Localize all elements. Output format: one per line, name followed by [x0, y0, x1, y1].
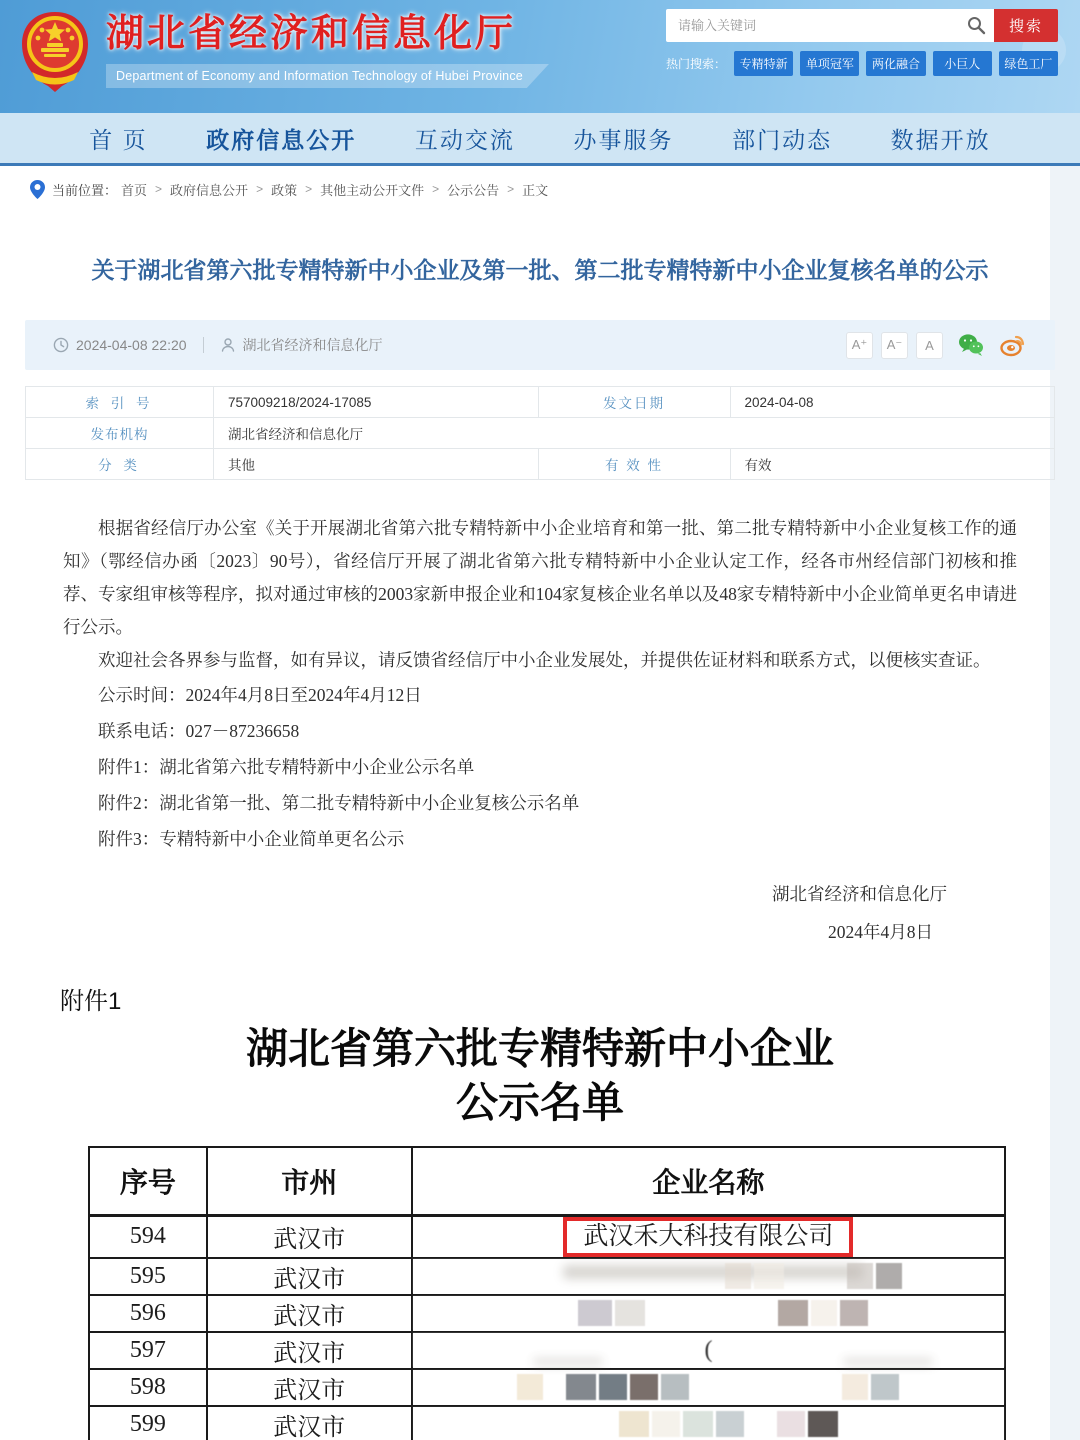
nav-item-home[interactable]: 首 页: [89, 122, 147, 155]
cell-company-censored: [412, 1406, 1005, 1440]
article-meta-bar: 2024-04-08 22:20 湖北省经济和信息化厅 A⁺ A⁻ A: [25, 320, 1055, 370]
attachment-3-link[interactable]: 附件3：专精特新中小企业简单更名公示: [63, 821, 1017, 857]
attachment-1-link[interactable]: 附件1：湖北省第六批专精特新中小企业公示名单: [63, 749, 1017, 785]
cell-serial: 595: [89, 1258, 207, 1295]
company-roster-table: 序号 市州 企业名称 594 武汉市 武汉禾大科技有限公司 595 武汉市: [88, 1146, 1006, 1440]
censored-mosaic: [413, 1296, 1004, 1330]
attachment-title-line2: 公示名单: [60, 1076, 1020, 1130]
article: 关于湖北省第六批专精特新中小企业及第一批、第二批专精特新中小企业复核名单的公示 …: [0, 254, 1080, 951]
weibo-share-icon[interactable]: [999, 331, 1027, 359]
table-row: 599 武汉市: [89, 1406, 1005, 1440]
title-block: 湖北省经济和信息化厅 Department of Economy and Inf…: [106, 8, 549, 88]
crumb-announcements[interactable]: 公示公告: [447, 180, 499, 199]
contact-phone-line: 联系电话：027－87236658: [63, 713, 1017, 749]
crumb-separator: >: [507, 182, 514, 196]
search-input[interactable]: [666, 9, 994, 42]
visible-fragment: (: [704, 1337, 712, 1364]
hot-tag-zhuanjingtexin[interactable]: 专精特新: [734, 51, 793, 76]
nav-item-gov-info[interactable]: 政府信息公开: [206, 122, 356, 155]
publicity-period-line: 公示时间：2024年4月8日至2024年4月12日: [63, 677, 1017, 713]
red-highlight-box: 武汉禾大科技有限公司: [563, 1217, 853, 1257]
publish-datetime: 2024-04-08 22:20: [76, 337, 187, 353]
font-reset-button[interactable]: A: [916, 332, 943, 359]
cell-company-highlighted: 武汉禾大科技有限公司: [412, 1215, 1005, 1258]
validity-value: 有效: [730, 449, 1055, 480]
search-icon[interactable]: [966, 15, 986, 35]
hot-tag-danxiangguanjun[interactable]: 单项冠军: [800, 51, 859, 76]
document-body: 根据省经信厅办公室《关于开展湖北省第六批专精特新中小企业培育和第一批、第二批专精…: [25, 512, 1055, 951]
clock-icon: [53, 337, 69, 353]
cell-city: 武汉市: [207, 1258, 412, 1295]
site-header: 湖北省经济和信息化厅 Department of Economy and Inf…: [0, 0, 1080, 113]
crumb-current-article: 正文: [522, 180, 548, 199]
index-value: 757009218/2024-17085: [214, 387, 539, 418]
censored-mosaic: (: [413, 1333, 1004, 1367]
breadcrumb-label: 当前位置：: [52, 180, 117, 199]
table-row: 594 武汉市 武汉禾大科技有限公司: [89, 1215, 1005, 1258]
crumb-separator: >: [155, 182, 162, 196]
meta-divider: [203, 337, 204, 353]
table-row: 596 武汉市: [89, 1295, 1005, 1332]
table-row: 598 武汉市: [89, 1369, 1005, 1406]
header-serial: 序号: [89, 1147, 207, 1215]
header-company: 企业名称: [412, 1147, 1005, 1215]
hot-search-row: 热门搜索： 专精特新 单项冠军 两化融合 小巨人 绿色工厂: [666, 51, 1058, 76]
validity-label: 有 效 性: [538, 449, 730, 480]
crumb-other-open-docs[interactable]: 其他主动公开文件: [320, 180, 424, 199]
cell-company-censored: [412, 1258, 1005, 1295]
info-row-category: 分 类 其他 有 效 性 有效: [26, 449, 1055, 480]
table-row: 595 武汉市: [89, 1258, 1005, 1295]
cell-serial: 598: [89, 1369, 207, 1406]
cell-city: 武汉市: [207, 1332, 412, 1369]
font-decrease-button[interactable]: A⁻: [881, 332, 908, 359]
national-emblem-icon: [18, 10, 92, 94]
info-row-org: 发布机构 湖北省经济和信息化厅: [26, 418, 1055, 449]
crumb-policy[interactable]: 政策: [271, 180, 297, 199]
hot-tag-lvsegongchang[interactable]: 绿色工厂: [999, 51, 1058, 76]
crumb-separator: >: [256, 182, 263, 196]
logo-row: 湖北省经济和信息化厅 Department of Economy and Inf…: [18, 8, 549, 94]
attachment-title-line1: 湖北省第六批专精特新中小企业: [60, 1022, 1020, 1076]
signature-date: 2024年4月8日: [63, 913, 947, 951]
censored-mosaic: [413, 1407, 1004, 1440]
cell-company-censored: [412, 1369, 1005, 1406]
issue-date-value: 2024-04-08: [730, 387, 1055, 418]
attachment-1-section: 附件1 湖北省第六批专精特新中小企业 公示名单 序号 市州 企业名称 594 武…: [0, 981, 1080, 1440]
search-area: 搜索 热门搜索： 专精特新 单项冠军 两化融合 小巨人 绿色工厂: [666, 9, 1058, 76]
roster-header-row: 序号 市州 企业名称: [89, 1147, 1005, 1215]
breadcrumb: 当前位置： 首页 > 政府信息公开 > 政策 > 其他主动公开文件 > 公示公告…: [0, 166, 1080, 212]
crumb-separator: >: [432, 182, 439, 196]
cell-city: 武汉市: [207, 1215, 412, 1258]
org-value: 湖北省经济和信息化厅: [214, 418, 1055, 449]
cell-city: 武汉市: [207, 1295, 412, 1332]
crumb-home[interactable]: 首页: [121, 180, 147, 199]
source-icon: [220, 337, 236, 353]
index-label: 索 引 号: [26, 387, 214, 418]
location-pin-icon: [30, 180, 45, 199]
org-label: 发布机构: [26, 418, 214, 449]
meta-right: A⁺ A⁻ A: [838, 331, 1027, 359]
cell-serial: 596: [89, 1295, 207, 1332]
cell-serial: 597: [89, 1332, 207, 1369]
nav-item-services[interactable]: 办事服务: [573, 122, 673, 155]
attachment-2-link[interactable]: 附件2：湖北省第一批、第二批专精特新中小企业复核公示名单: [63, 785, 1017, 821]
attachment-label: 附件1: [60, 981, 1020, 1016]
category-value: 其他: [214, 449, 539, 480]
body-paragraph: 欢迎社会各界参与监督，如有异议，请反馈省经信厅中小企业发展处，并提供佐证材料和联…: [63, 644, 1017, 677]
cell-company-censored: (: [412, 1332, 1005, 1369]
category-label: 分 类: [26, 449, 214, 480]
cell-city: 武汉市: [207, 1406, 412, 1440]
cell-serial: 594: [89, 1215, 207, 1258]
censored-mosaic: [413, 1370, 1004, 1404]
publish-source: 湖北省经济和信息化厅: [243, 335, 383, 355]
wechat-share-icon[interactable]: [957, 331, 985, 359]
table-row: 597 武汉市 (: [89, 1332, 1005, 1369]
hot-tag-lianghuaronghe[interactable]: 两化融合: [866, 51, 925, 76]
info-row-index: 索 引 号 757009218/2024-17085 发文日期 2024-04-…: [26, 387, 1055, 418]
cell-serial: 599: [89, 1406, 207, 1440]
nav-item-interaction[interactable]: 互动交流: [415, 122, 515, 155]
cell-city: 武汉市: [207, 1369, 412, 1406]
search-button[interactable]: 搜索: [994, 9, 1058, 42]
nav-item-dept-news[interactable]: 部门动态: [732, 122, 832, 155]
site-subtitle-stripe: Department of Economy and Information Te…: [106, 64, 549, 88]
site-subtitle: Department of Economy and Information Te…: [116, 69, 523, 83]
nav-item-open-data[interactable]: 数据开放: [891, 122, 991, 155]
censored-mosaic: [413, 1259, 1004, 1293]
site-title: 湖北省经济和信息化厅: [106, 8, 549, 60]
meta-left: 2024-04-08 22:20 湖北省经济和信息化厅: [53, 335, 383, 355]
article-title: 关于湖北省第六批专精特新中小企业及第一批、第二批专精特新中小企业复核名单的公示: [85, 254, 995, 286]
page: 湖北省经济和信息化厅 Department of Economy and Inf…: [0, 0, 1080, 1440]
signature-org: 湖北省经济和信息化厅: [63, 875, 947, 913]
cell-company-censored: [412, 1295, 1005, 1332]
hot-tag-xiaojuren[interactable]: 小巨人: [933, 51, 992, 76]
issue-date-label: 发文日期: [538, 387, 730, 418]
main-nav: 首 页 政府信息公开 互动交流 办事服务 部门动态 数据开放: [0, 113, 1080, 166]
signature-block: 湖北省经济和信息化厅 2024年4月8日: [63, 875, 1017, 951]
header-city: 市州: [207, 1147, 412, 1215]
hot-search-label: 热门搜索：: [666, 55, 726, 72]
document-info-table: 索 引 号 757009218/2024-17085 发文日期 2024-04-…: [25, 386, 1055, 480]
crumb-gov-info[interactable]: 政府信息公开: [170, 180, 248, 199]
body-paragraph: 根据省经信厅办公室《关于开展湖北省第六批专精特新中小企业培育和第一批、第二批专精…: [63, 512, 1017, 644]
font-increase-button[interactable]: A⁺: [846, 332, 873, 359]
crumb-separator: >: [305, 182, 312, 196]
